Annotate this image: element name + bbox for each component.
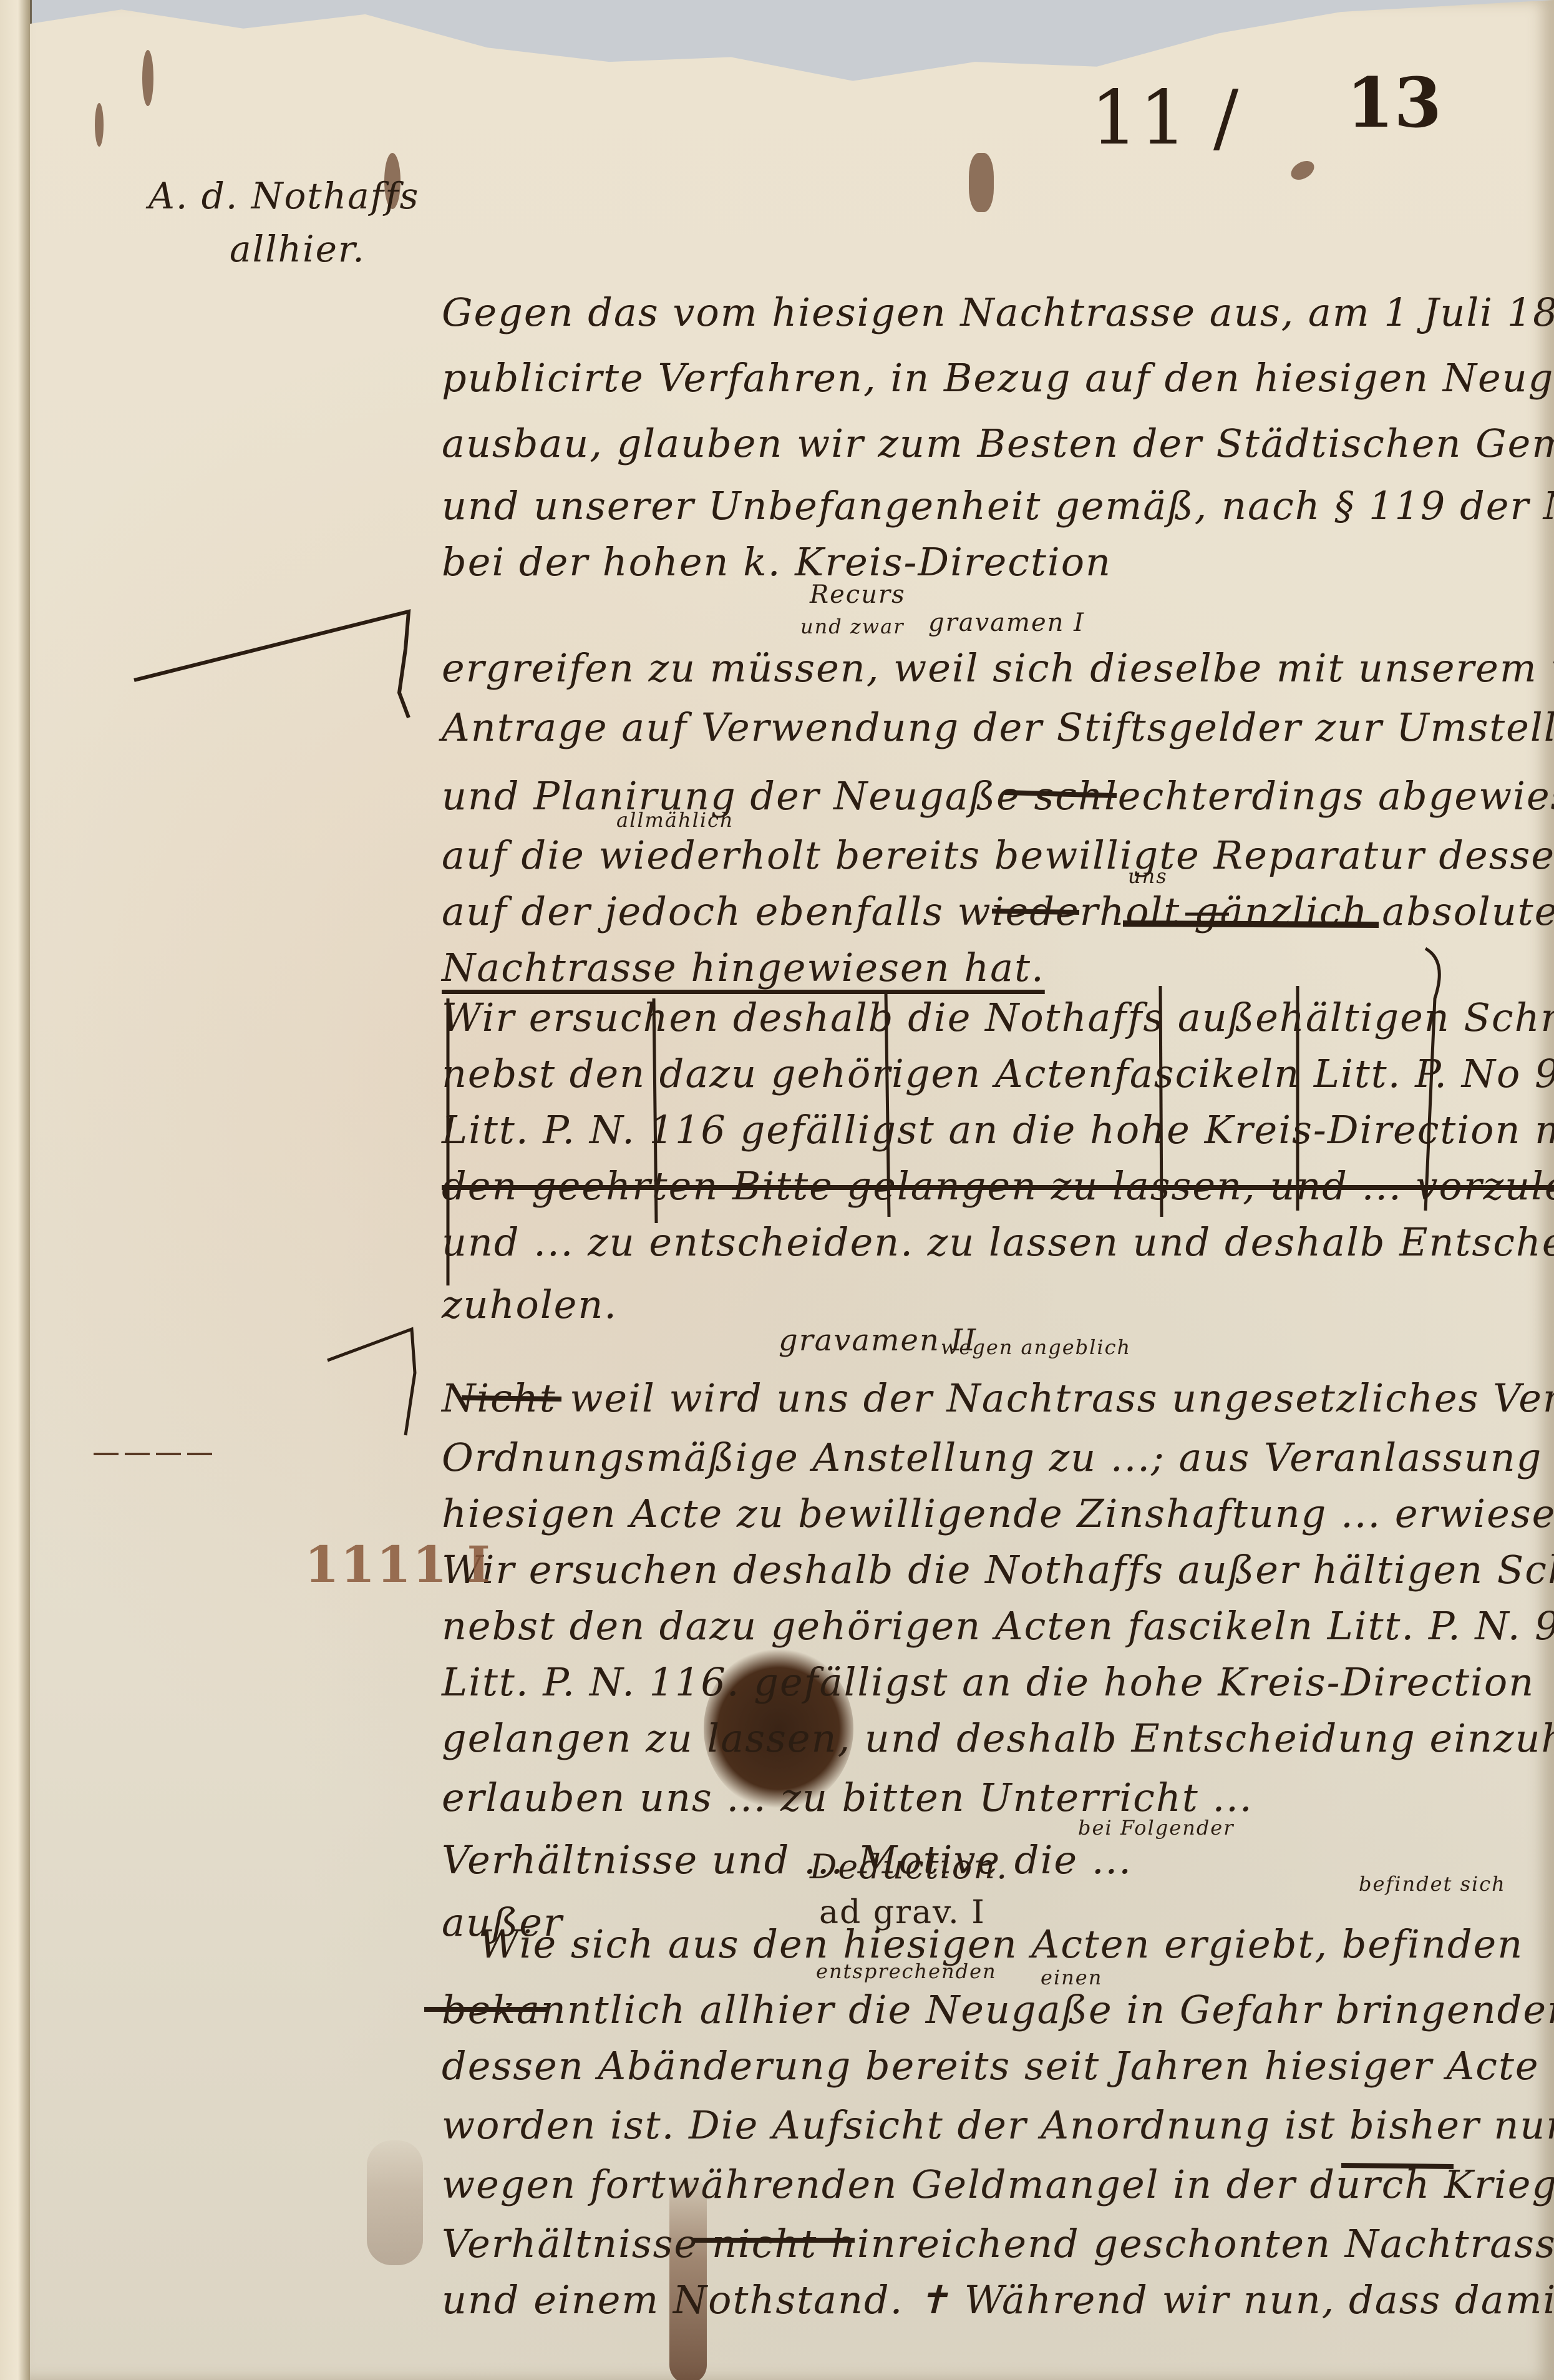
margin-bracket-stroke <box>134 612 409 718</box>
boxed-paragraph-grid <box>448 914 1439 1285</box>
pen-strokes-overlay <box>0 0 1554 2380</box>
underline-stroke <box>1123 924 1379 925</box>
margin-bracket-stroke <box>328 1329 415 1435</box>
